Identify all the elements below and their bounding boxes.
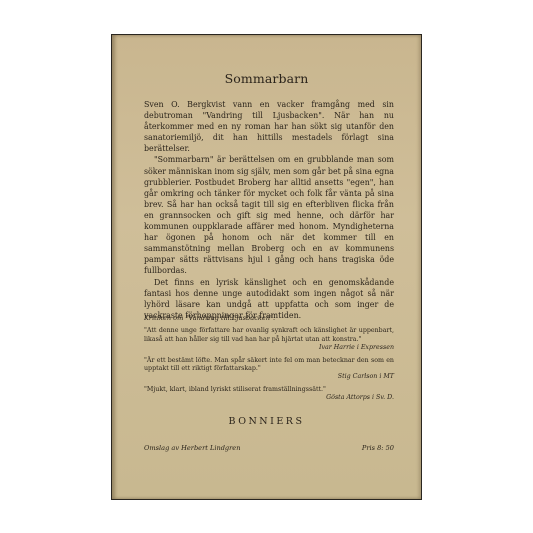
book-title: Sommarbarn <box>112 71 421 86</box>
review-item: "Mjukt, klart, ibland lyriskt stiliserat… <box>144 386 394 403</box>
review-quote: "Att denne unge författare har ovanlig s… <box>144 327 394 344</box>
publisher-name: BONNIERS <box>112 416 421 427</box>
review-item: "Att denne unge författare har ovanlig s… <box>144 327 394 352</box>
review-attribution: Gösta Attorps i Sv. D. <box>144 394 394 402</box>
review-quote: "Är ett bestämt löfte. Man spår säkert i… <box>144 357 394 374</box>
review-attribution: Stig Carlson i MT <box>144 373 394 381</box>
review-item: "Är ett bestämt löfte. Man spår säkert i… <box>144 357 394 382</box>
reviews-heading: Kritiken om "Vandring till Ljusbacken": <box>144 314 394 322</box>
review-quote: "Mjukt, klart, ibland lyriskt stiliserat… <box>144 386 394 394</box>
price: Pris 8: 50 <box>362 444 394 452</box>
review-attribution: Ivar Harrie i Expressen <box>144 344 394 352</box>
description-paragraph: Sven O. Bergkvist vann en vacker framgån… <box>144 99 394 154</box>
description: Sven O. Bergkvist vann en vacker framgån… <box>144 99 394 321</box>
book-back-cover: Sommarbarn Sven O. Bergkvist vann en vac… <box>111 34 422 500</box>
reviews-section: Kritiken om "Vandring till Ljusbacken": … <box>144 314 394 407</box>
cover-credit: Omslag av Herbert Lindgren <box>144 444 240 452</box>
footer: Omslag av Herbert Lindgren Pris 8: 50 <box>144 444 394 452</box>
description-paragraph: "Sommarbarn" är berättelsen om en grubbl… <box>144 154 394 276</box>
